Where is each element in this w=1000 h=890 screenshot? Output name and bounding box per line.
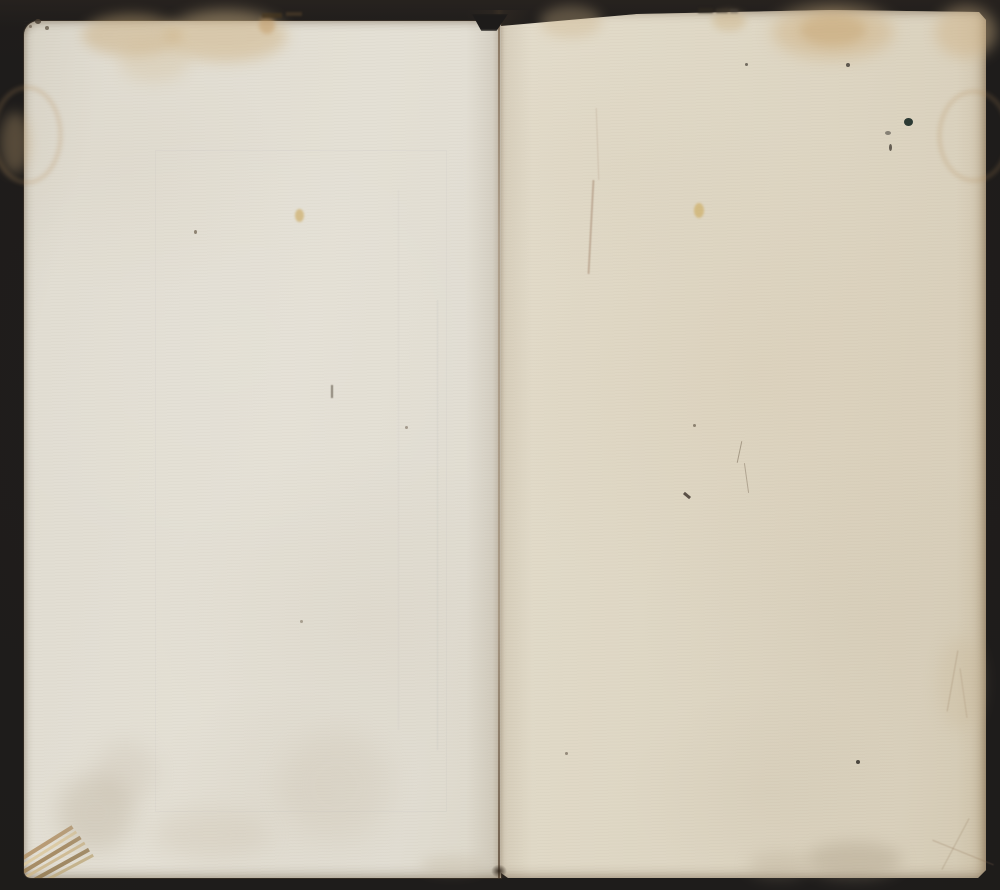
edge-mark-left-top-1 (262, 13, 282, 18)
edge-mark-right-top-1 (698, 8, 713, 13)
edge-mark-left-top-2 (286, 12, 302, 16)
left-page (24, 21, 501, 878)
spine-shadow-bottom (488, 862, 510, 880)
right-page (501, 10, 986, 878)
